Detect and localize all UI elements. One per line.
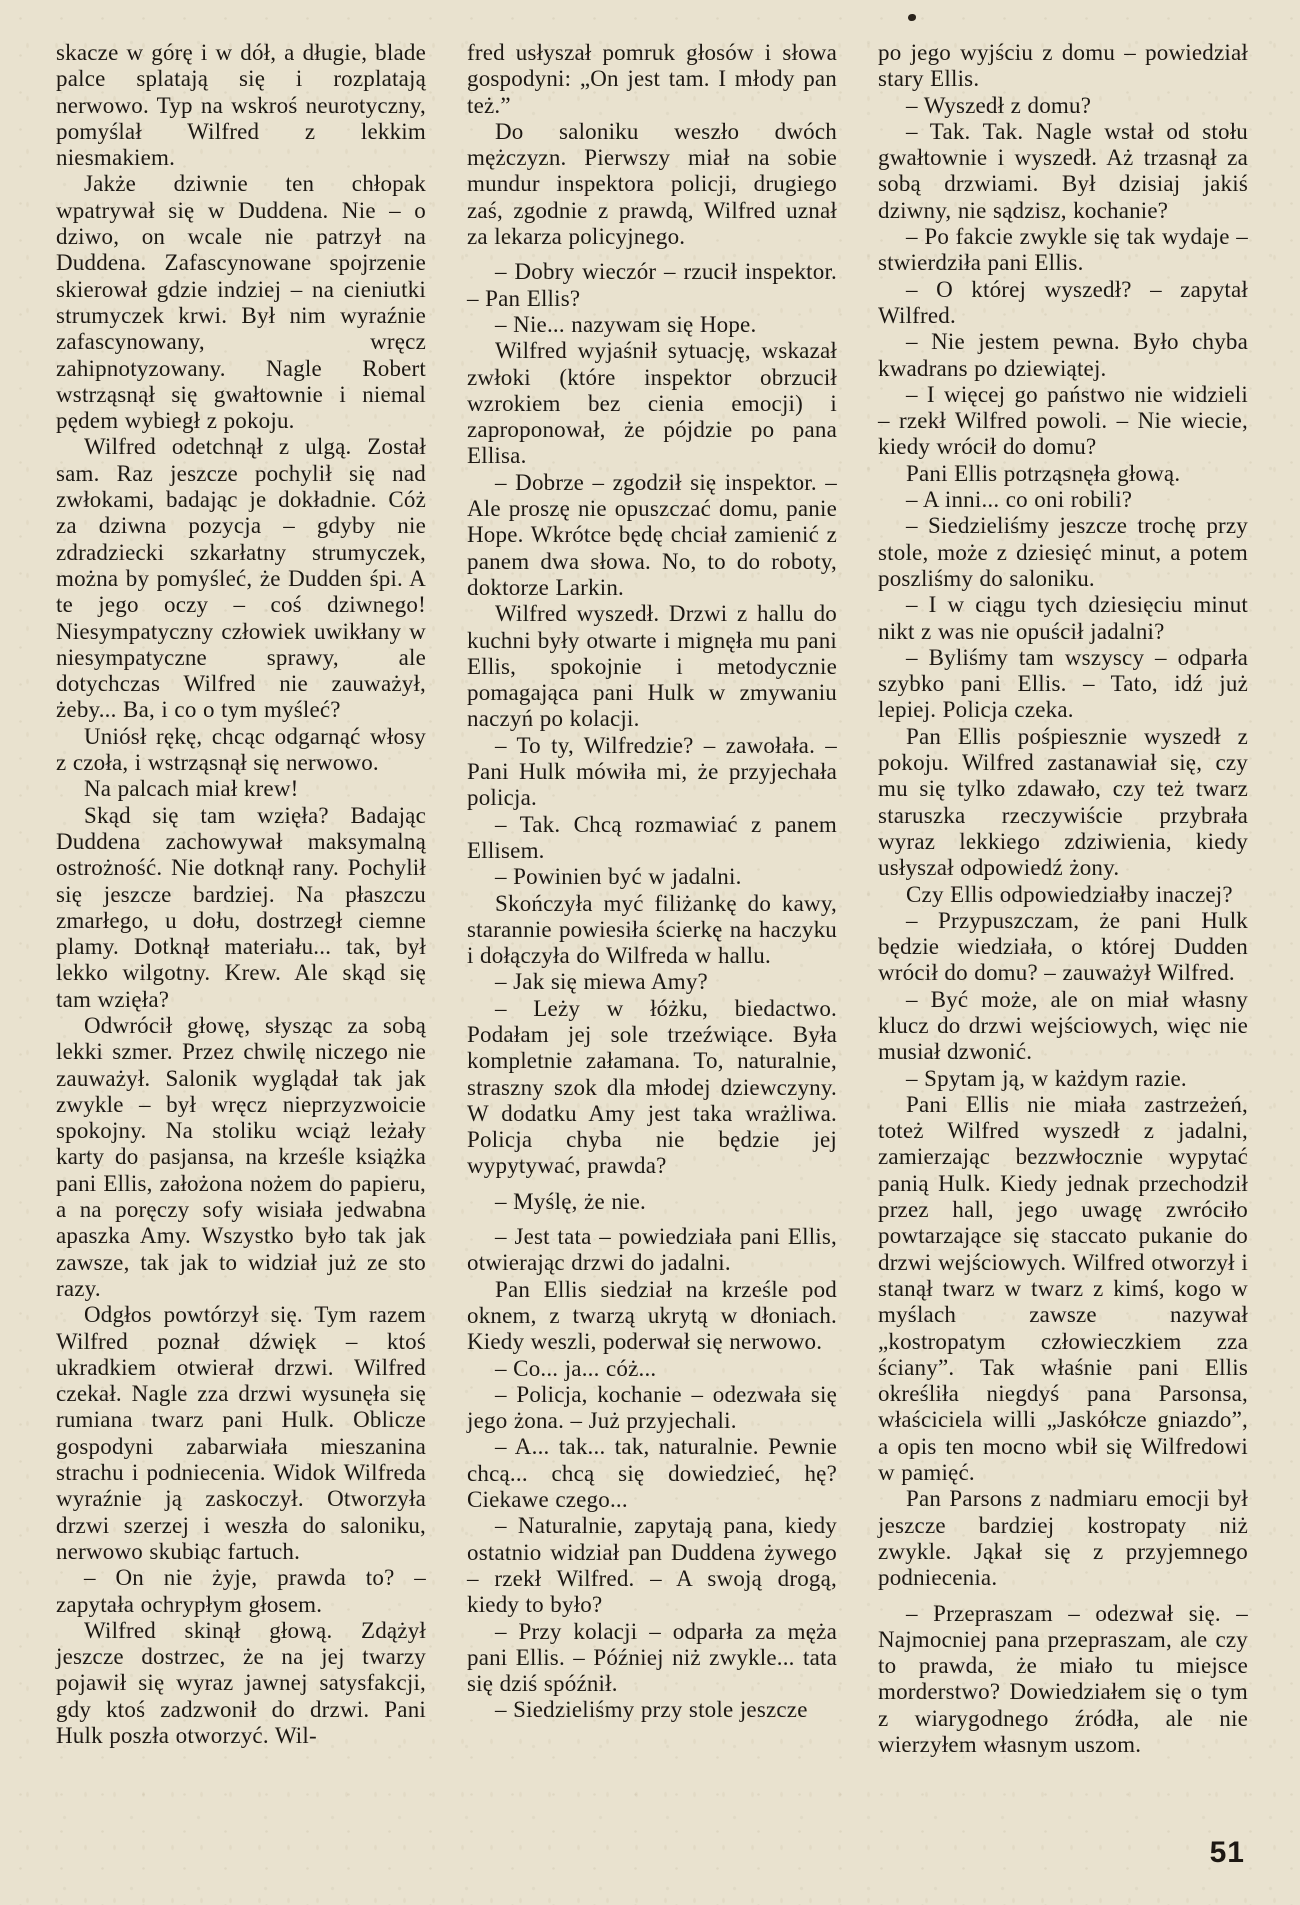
paragraph: fred usłyszał pomruk głosów i słowa gosp… [467, 40, 837, 119]
paragraph: – Myślę, że nie. [467, 1189, 837, 1215]
text-column-2: fred usłyszał pomruk głosów i słowa gosp… [467, 40, 837, 1758]
paragraph: – On nie żyje, prawda to? – zapytała och… [56, 1565, 426, 1618]
page-number: 51 [875, 1836, 1245, 1870]
paragraph: – Jak się miewa Amy? [467, 969, 837, 995]
paragraph: Czy Ellis odpowiedziałby inaczej? [878, 882, 1248, 908]
paragraph: – A inni... co oni robili? [878, 487, 1248, 513]
paragraph: – Przepraszam – odezwał się. – Najmocnie… [878, 1601, 1248, 1759]
paragraph: – To ty, Wilfredzie? – zawołała. – Pani … [467, 733, 837, 812]
paragraph: – Policja, kochanie – odezwała się jego … [467, 1382, 837, 1435]
paragraph: po jego wyjściu z domu – powiedział star… [878, 40, 1248, 93]
paragraph: Skończyła myć filiżankę do kawy, starann… [467, 891, 837, 970]
paragraph: skacze w górę i w dół, a długie, blade p… [56, 40, 426, 171]
paragraph: – Spytam ją, w każdym razie. [878, 1066, 1248, 1092]
paragraph: Wilfred odetchnął z ulgą. Został sam. Ra… [56, 434, 426, 723]
paragraph: Pani Ellis potrząsnęła głową. [878, 461, 1248, 487]
paragraph: – Powinien być w jadalni. [467, 864, 837, 890]
paragraph: Skąd się tam wzięła? Badając Duddena zac… [56, 803, 426, 1013]
paragraph: Wilfred wyszedł. Drzwi z hallu do kuchni… [467, 601, 837, 732]
paragraph: – Siedzieliśmy przy stole jeszcze [467, 1697, 837, 1723]
paragraph: – Nie jestem pewna. Było chyba kwadrans … [878, 329, 1248, 382]
paragraph: – A... tak... tak, naturalnie. Pewnie ch… [467, 1434, 837, 1513]
paragraph: Odgłos powtórzył się. Tym razem Wilfred … [56, 1302, 426, 1565]
paragraph: Na palcach miał krew! [56, 776, 426, 802]
paragraph: – Byliśmy tam wszyscy – odparła szybko p… [878, 645, 1248, 724]
paragraph: – Dobry wieczór – rzucił inspektor. – Pa… [467, 259, 837, 312]
text-column-1: skacze w górę i w dół, a długie, blade p… [56, 40, 426, 1758]
paragraph: – Leży w łóżku, biedactwo. Podałam jej s… [467, 996, 837, 1180]
paragraph: Pan Ellis siedział na krześle pod oknem,… [467, 1277, 837, 1356]
paragraph: – Dobrze – zgodził się inspektor. – Ale … [467, 470, 837, 601]
paragraph: Pan Ellis pośpiesznie wyszedł z pokoju. … [878, 724, 1248, 882]
text-columns: skacze w górę i w dół, a długie, blade p… [56, 40, 1248, 1758]
paragraph: – Być może, ale on miał własny klucz do … [878, 987, 1248, 1066]
paragraph: Wilfred wyjaśnił sytuację, wskazał zwłok… [467, 338, 837, 469]
paragraph: Wilfred skinął głową. Zdążył jeszcze dos… [56, 1618, 426, 1749]
paragraph: – Co... ja... cóż... [467, 1356, 837, 1382]
paragraph: – O której wyszedł? – zapytał Wilfred. [878, 277, 1248, 330]
paragraph: – Naturalnie, zapytają pana, kiedy ostat… [467, 1513, 837, 1618]
paragraph: – I więcej go państwo nie widzieli – rze… [878, 382, 1248, 461]
paragraph: – Tak. Tak. Nagle wstał od stołu gwałtow… [878, 119, 1248, 224]
paragraph: – Tak. Chcą rozmawiać z panem Ellisem. [467, 812, 837, 865]
paragraph: Odwrócił głowę, słysząc za sobą lekki sz… [56, 1013, 426, 1302]
paragraph: Pani Ellis nie miała zastrzeżeń, toteż W… [878, 1092, 1248, 1486]
text-column-3: po jego wyjściu z domu – powiedział star… [878, 40, 1248, 1758]
paragraph: Pan Parsons z nadmiaru emocji był jeszcz… [878, 1486, 1248, 1591]
paragraph: – I w ciągu tych dziesięciu minut nikt z… [878, 592, 1248, 645]
paragraph: – Po fakcie zwykle się tak wydaje – stwi… [878, 224, 1248, 277]
paragraph: – Przy kolacji – odparła za męża pani El… [467, 1619, 837, 1698]
paragraph: – Siedzieliśmy jeszcze trochę przy stole… [878, 513, 1248, 592]
paragraph: – Przypuszczam, że pani Hulk będzie wied… [878, 908, 1248, 987]
paragraph: Do saloniku weszło dwóch mężczyzn. Pierw… [467, 119, 837, 250]
paragraph: – Nie... nazywam się Hope. [467, 312, 837, 338]
paragraph: – Wyszedł z domu? [878, 93, 1248, 119]
paragraph: Jakże dziwnie ten chłopak wpatrywał się … [56, 171, 426, 434]
section-divider-dot [908, 14, 916, 21]
paragraph: Uniósł rękę, chcąc odgarnąć włosy z czoł… [56, 724, 426, 777]
paragraph: – Jest tata – powiedziała pani Ellis, ot… [467, 1224, 837, 1277]
